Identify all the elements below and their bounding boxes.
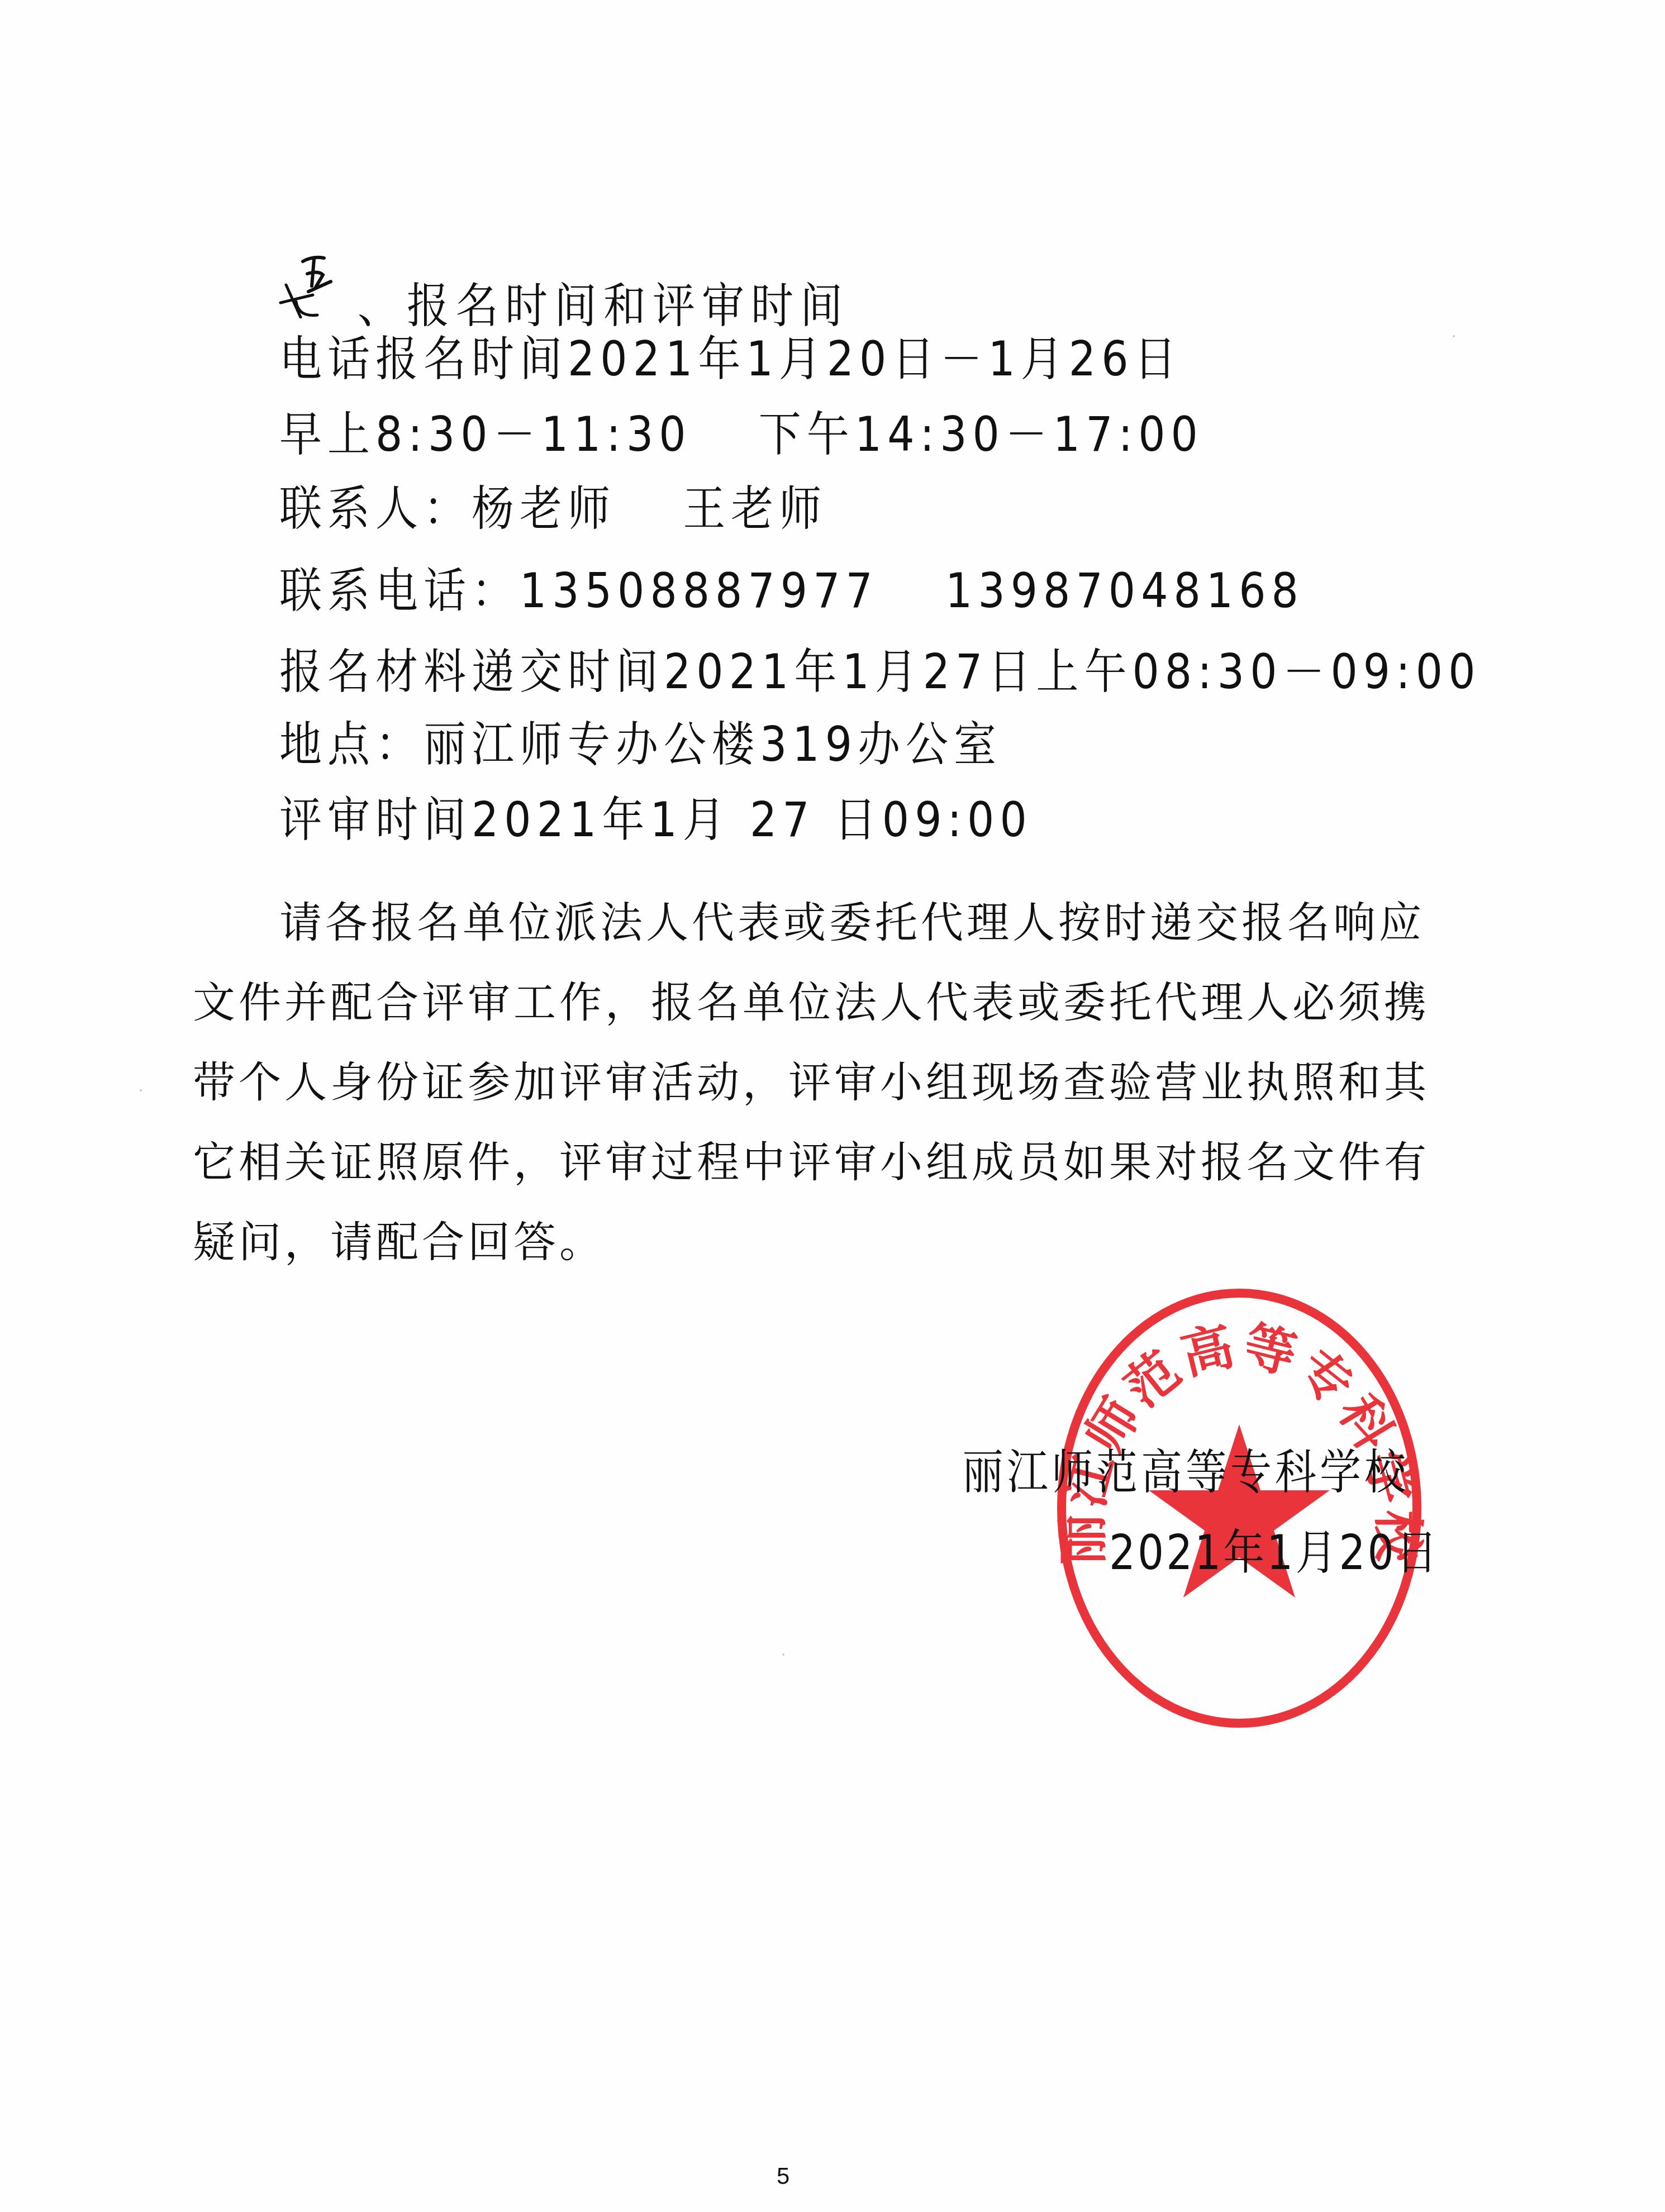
materials-submission-time: 报名材料递交时间2021年1月27日上午08:30－09:00 — [279, 648, 1481, 695]
office-hours: 早上8:30－11:30 下午14:30－17:00 — [279, 411, 1203, 458]
signature-date: 2021年1月20日 — [1109, 1515, 1440, 1583]
signature-organization: 丽江师范高等专科学校 — [962, 1434, 1409, 1503]
contact-persons: 联系人：杨老师 王老师 — [279, 485, 827, 532]
scan-speck — [782, 1653, 784, 1656]
page-number: 5 — [777, 2163, 789, 2190]
phone-registration-time: 电话报名时间2021年1月20日－1月26日 — [279, 335, 1182, 383]
review-time: 评审时间2021年1月 27 日09:00 — [279, 796, 1033, 843]
contact-phones: 联系电话：13508887977 13987048168 — [279, 567, 1304, 614]
official-seal-stamp: 丽江师范高等专科学校 — [1050, 1285, 1430, 1732]
paragraph-line: 疑问，请配合回答。 — [193, 1202, 1416, 1282]
scan-speck — [1453, 335, 1455, 337]
heading-text: 、报名时间和评审时间 — [358, 268, 849, 336]
paragraph-line: 请各报名单位派法人代表或委托代理人按时递交报名响应 — [193, 883, 1416, 962]
location: 地点：丽江师专办公楼319办公室 — [279, 721, 1002, 768]
scan-speck — [140, 1089, 142, 1091]
paragraph-line: 文件并配合评审工作，报名单位法人代表或委托代理人必须携 — [193, 962, 1416, 1042]
document-page: 、报名时间和评审时间 电话报名时间2021年1月20日－1月26日 早上8:30… — [0, 0, 1665, 2212]
paragraph-line: 带个人身份证参加评审活动，评审小组现场查验营业执照和其 — [193, 1042, 1416, 1122]
paragraph-line: 它相关证照原件，评审过程中评审小组成员如果对报名文件有 — [193, 1122, 1416, 1202]
handwritten-correction-icon — [274, 246, 358, 318]
instructions-paragraph: 请各报名单位派法人代表或委托代理人按时递交报名响应 文件并配合评审工作，报名单位… — [193, 883, 1416, 1282]
